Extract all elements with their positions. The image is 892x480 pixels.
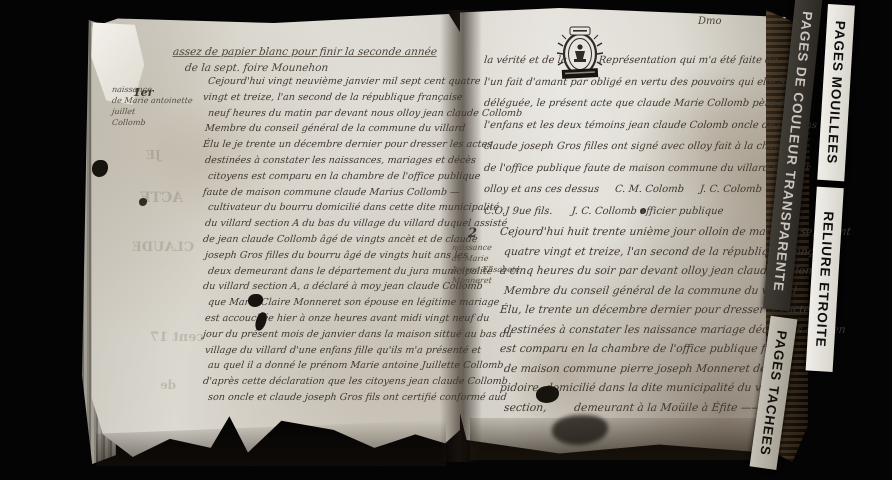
manuscript-line: Cejourd'hui huit trente unième jour ollo…	[499, 222, 793, 242]
manuscript-line: que Marie Claire Monneret son épouse en …	[207, 295, 456, 311]
manuscript-line: de l'office publique faute de maison com…	[483, 158, 785, 180]
manuscript-line: neuf heures du matin par devant nous oll…	[207, 106, 456, 122]
manuscript-line: vingt et treize, l'an second de la répub…	[202, 90, 456, 106]
manuscript-line: deux demeurant dans le département du ju…	[207, 264, 456, 280]
condition-label-text: RELIURE ETROITE	[813, 211, 836, 348]
manuscript-line: Membre du conseil général de la commune …	[204, 121, 456, 137]
corner-annotation: Dmo	[698, 16, 722, 27]
manuscript-line: claude joseph Gros filles ont signé avec…	[483, 136, 785, 158]
manuscript-line: d'après cette déclaration que les citoye…	[202, 374, 456, 390]
condition-label-reliure-etroite: RELIURE ETROITE	[806, 187, 844, 372]
condition-label-text: PAGES MOUILLEES	[824, 20, 848, 164]
manuscript-line: son oncle et claude joseph Gros fils ont…	[207, 390, 456, 406]
manuscript-line: l'enfans et les deux témoins jean claude…	[483, 115, 785, 137]
manuscript-line: C.O.J 9ue fils. J. C. Collomb officier p…	[483, 201, 785, 223]
left-page-header: assez de papier blanc pour finir la seco…	[185, 44, 465, 76]
manuscript-line: olloy et ans ces dessus C. M. Colomb J. …	[483, 179, 785, 201]
manuscript-line: de maison commune pierre joseph Monneret…	[503, 359, 793, 379]
manuscript-line: destinées à constater les naissances, ma…	[204, 153, 456, 169]
manuscript-line: Cejourd'hui vingt neuvième janvier mil s…	[207, 74, 456, 90]
manuscript-scan: ACTE CLAUDE cent 17 de JE assez de papie…	[0, 0, 892, 480]
manuscript-line: citoyens est comparu en la chambre de l'…	[207, 169, 456, 185]
manuscript-line: l'un fait d'amant par obligé en vertu de…	[483, 72, 785, 94]
manuscript-line: est comparu en la chambre de l'office pu…	[499, 339, 793, 359]
manuscript-line: cultivateur du bourru domicilié dans cet…	[207, 200, 456, 216]
manuscript-line: est accouchée hier à onze heures avant m…	[204, 311, 456, 327]
manuscript-line: déléguée, le présent acte que claude Mar…	[483, 93, 785, 115]
manuscript-line: la vérité et de la Représentation qui m'…	[483, 50, 785, 72]
margin-note-line: juillet	[111, 106, 204, 117]
margin-note-line: naissance	[111, 84, 204, 95]
manuscript-line: au quel il a donné le prénom Marie antoi…	[207, 358, 456, 374]
bleedthrough-text: CLAUDE	[132, 240, 194, 255]
manuscript-line: assez de papier blanc pour finir la seco…	[172, 44, 466, 60]
bleedthrough-text: de	[160, 378, 176, 392]
manuscript-line: du villard section A du bas du village d…	[204, 216, 456, 232]
manuscript-line: village du villard d'une enfans fille qu…	[204, 343, 456, 359]
manuscript-line: faute de maison commune claude Marius Co…	[202, 185, 456, 201]
manuscript-line: joseph Gros filles du bourru âgé de ving…	[204, 248, 456, 264]
manuscript-line: jour du présent mois de janvier dans la …	[202, 327, 456, 343]
bleedthrough-text: cent 17	[150, 330, 204, 345]
manuscript-line: quatre vingt et treize, l'an second de l…	[503, 242, 793, 262]
manuscript-line: Élu, le trente un décembre dernier pour …	[499, 300, 793, 320]
left-page-body-text: Cejourd'hui vingt neuvième janvier mil s…	[205, 74, 455, 406]
right-page-bottom-shadow	[470, 418, 770, 460]
margin-note-line: Collomb	[111, 117, 204, 128]
entry-number-2: 2	[468, 226, 477, 241]
right-page-paragraph-1: la vérité et de la Représentation qui m'…	[484, 50, 784, 222]
margin-note-line: de Marie antoinette	[111, 95, 204, 106]
manuscript-line: à cinq heures du soir par devant olloy j…	[499, 261, 793, 281]
left-margin-note: naissancede Marie antoinettejuilletCollo…	[112, 84, 204, 128]
manuscript-line: Membre du conseil général de la commune …	[503, 281, 793, 301]
manuscript-line: du villard section A, a déclaré à moy je…	[202, 279, 456, 295]
manuscript-line: de jean claude Collomb âgé de vingts anc…	[202, 232, 456, 248]
manuscript-line: Élu le je trente un décembre dernier pou…	[202, 137, 456, 153]
manuscript-line: destinées à constater les naissance mari…	[503, 320, 793, 340]
bleedthrough-text: JE	[146, 148, 161, 162]
